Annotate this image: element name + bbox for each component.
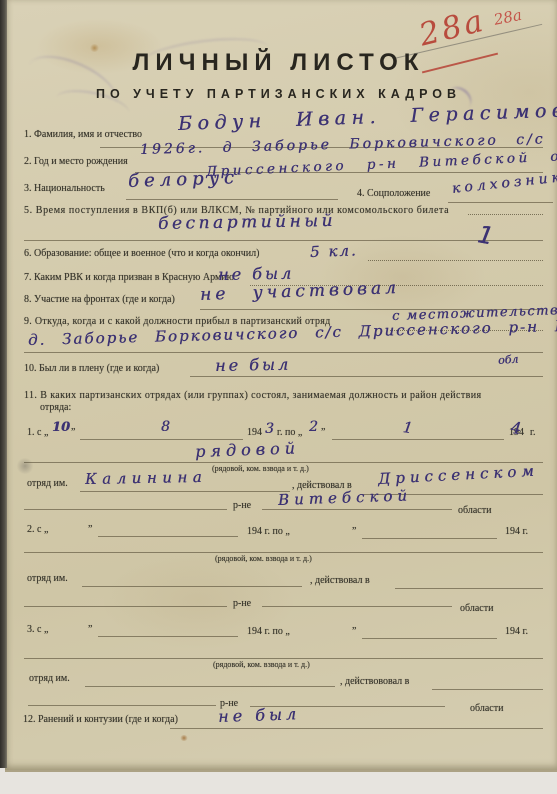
form-rule — [24, 552, 543, 553]
field3-value-handwritten: белорус — [128, 167, 240, 192]
row1-from-prefix: 1. с „ — [27, 427, 48, 438]
row3-acted-label: , действововал в — [340, 676, 409, 687]
row1-from-day-handwritten: 10 — [52, 420, 70, 435]
form-rule — [395, 588, 543, 589]
field2-label: 2. Год и место рождения — [24, 156, 128, 167]
row1-to-day-handwritten: 2 — [309, 419, 318, 435]
field11-label2: отряда: — [40, 402, 71, 413]
field6-label: 6. Образование: общее и военное (что и к… — [24, 248, 259, 259]
form-rule — [98, 636, 238, 637]
form-rule — [28, 705, 216, 706]
stray-ink-mark: 1 — [476, 220, 496, 250]
row2-mid-label: 194 г. по „ — [247, 526, 290, 537]
field11-label: 11. В каких партизанских отрядах (или гр… — [24, 390, 482, 401]
folio-number-small: 28а — [492, 6, 523, 29]
form-rule — [85, 686, 335, 687]
field9-value3-handwritten: обл — [498, 353, 519, 367]
form-rule — [362, 538, 497, 539]
field10-label: 10. Был ли в плену (где и когда) — [24, 363, 159, 374]
field8-label: 8. Участие на фронтах (где и когда) — [24, 294, 175, 305]
form-rule — [80, 439, 243, 440]
row2-quote2: ” — [352, 526, 356, 537]
row1-oblast-label: области — [458, 505, 491, 516]
row1-to-month-handwritten: 1 — [402, 418, 414, 437]
page-subtitle: ПО УЧЕТУ ПАРТИЗАНСКИХ КАДРОВ — [0, 87, 557, 101]
form-rule — [362, 638, 497, 639]
form-rule — [80, 491, 290, 492]
form-rule — [170, 728, 543, 729]
row3-year-end: 194 г. — [505, 626, 528, 637]
form-rule — [262, 509, 452, 510]
form-rule — [24, 509, 227, 510]
form-rule — [126, 199, 338, 200]
row3-position-hint: (рядовой, ком. взвода и т. д.) — [213, 660, 310, 669]
row2-year-end: 194 г. — [505, 526, 528, 537]
ink-smudge — [16, 458, 34, 474]
row3-mid-label: 194 г. по „ — [247, 626, 290, 637]
row3-from-prefix: 3. с „ — [27, 624, 48, 635]
row3-quote: ” — [88, 624, 92, 635]
row1-position-hint: (рядовой, ком. взвода и т. д.) — [212, 464, 309, 473]
row2-from-prefix: 2. с „ — [27, 524, 48, 535]
row1-to-year-handwritten: 4 — [510, 418, 522, 438]
row1-acted-handwritten: Дриссенском — [378, 462, 540, 488]
row1-rne-label: р-не — [233, 500, 251, 511]
row2-quote: ” — [88, 524, 92, 535]
form-rule — [468, 214, 543, 215]
field12-value-handwritten: не был — [218, 704, 301, 726]
row2-position-hint: (рядовой, ком. взвода и т. д.) — [215, 554, 312, 563]
form-rule — [432, 689, 543, 690]
document-content: 28а 28а ЛИЧНЫЙ ЛИСТОК ПО УЧЕТУ ПАРТИЗАНС… — [0, 0, 557, 794]
row3-otryad-label: отряд им. — [29, 673, 70, 684]
field4-label: 4. Соцположение — [357, 188, 430, 199]
paper-stain — [180, 735, 188, 741]
form-rule — [368, 260, 543, 261]
row1-year-suffix: г. — [530, 427, 535, 438]
form-rule — [82, 586, 302, 587]
field10-value-handwritten: не был — [215, 355, 291, 375]
form-rule — [24, 606, 227, 607]
form-rule — [332, 439, 504, 440]
row1-year-prefix: 194 — [247, 427, 262, 438]
form-rule — [190, 376, 543, 377]
form-rule — [262, 606, 452, 607]
form-rule — [448, 202, 553, 203]
row1-otryad-handwritten: Калинина — [85, 468, 207, 488]
field12-label: 12. Ранений и контузии (где и когда) — [23, 714, 178, 725]
form-rule — [24, 352, 543, 353]
form-rule — [98, 536, 238, 537]
row1-quote2: ” — [321, 427, 325, 438]
field5-value-handwritten: беспартийный — [158, 211, 336, 234]
folio-number-large: 28а — [416, 2, 490, 53]
row1-from-month-handwritten: 8 — [161, 419, 170, 435]
field3-label: 3. Национальность — [24, 183, 105, 194]
row1-oblast-handwritten: Витебской — [278, 486, 413, 509]
row1-otryad-label: отряд им. — [27, 478, 68, 489]
row2-oblast-label: области — [460, 603, 493, 614]
form-rule — [24, 658, 543, 659]
row2-otryad-label: отряд им. — [27, 573, 68, 584]
row2-rne-label: р-не — [233, 598, 251, 609]
field6-value-handwritten: 5 кл. — [310, 241, 358, 261]
field7-label: 7. Каким РВК и когда призван в Красную А… — [24, 272, 234, 283]
row3-quote2: ” — [352, 626, 356, 637]
page-title: ЛИЧНЫЙ ЛИСТОК — [0, 49, 557, 77]
form-rule — [24, 462, 543, 463]
form-rule — [24, 240, 543, 241]
field1-value-handwritten: Бодун Иван. Герасимович — [178, 98, 557, 135]
field7-value-handwritten: не был — [218, 264, 294, 284]
row2-acted-label: , действовал в — [310, 575, 370, 586]
row1-mid-label: г. по „ — [277, 427, 302, 438]
row1-position-handwritten: рядовой — [195, 438, 300, 461]
row1-quote: ” — [71, 427, 75, 438]
row1-from-year-handwritten: 3 — [265, 421, 274, 437]
row3-oblast-label: области — [470, 703, 503, 714]
field4-value-handwritten: колхозник — [451, 169, 557, 197]
field1-label: 1. Фамилия, имя и отчество — [24, 129, 142, 140]
